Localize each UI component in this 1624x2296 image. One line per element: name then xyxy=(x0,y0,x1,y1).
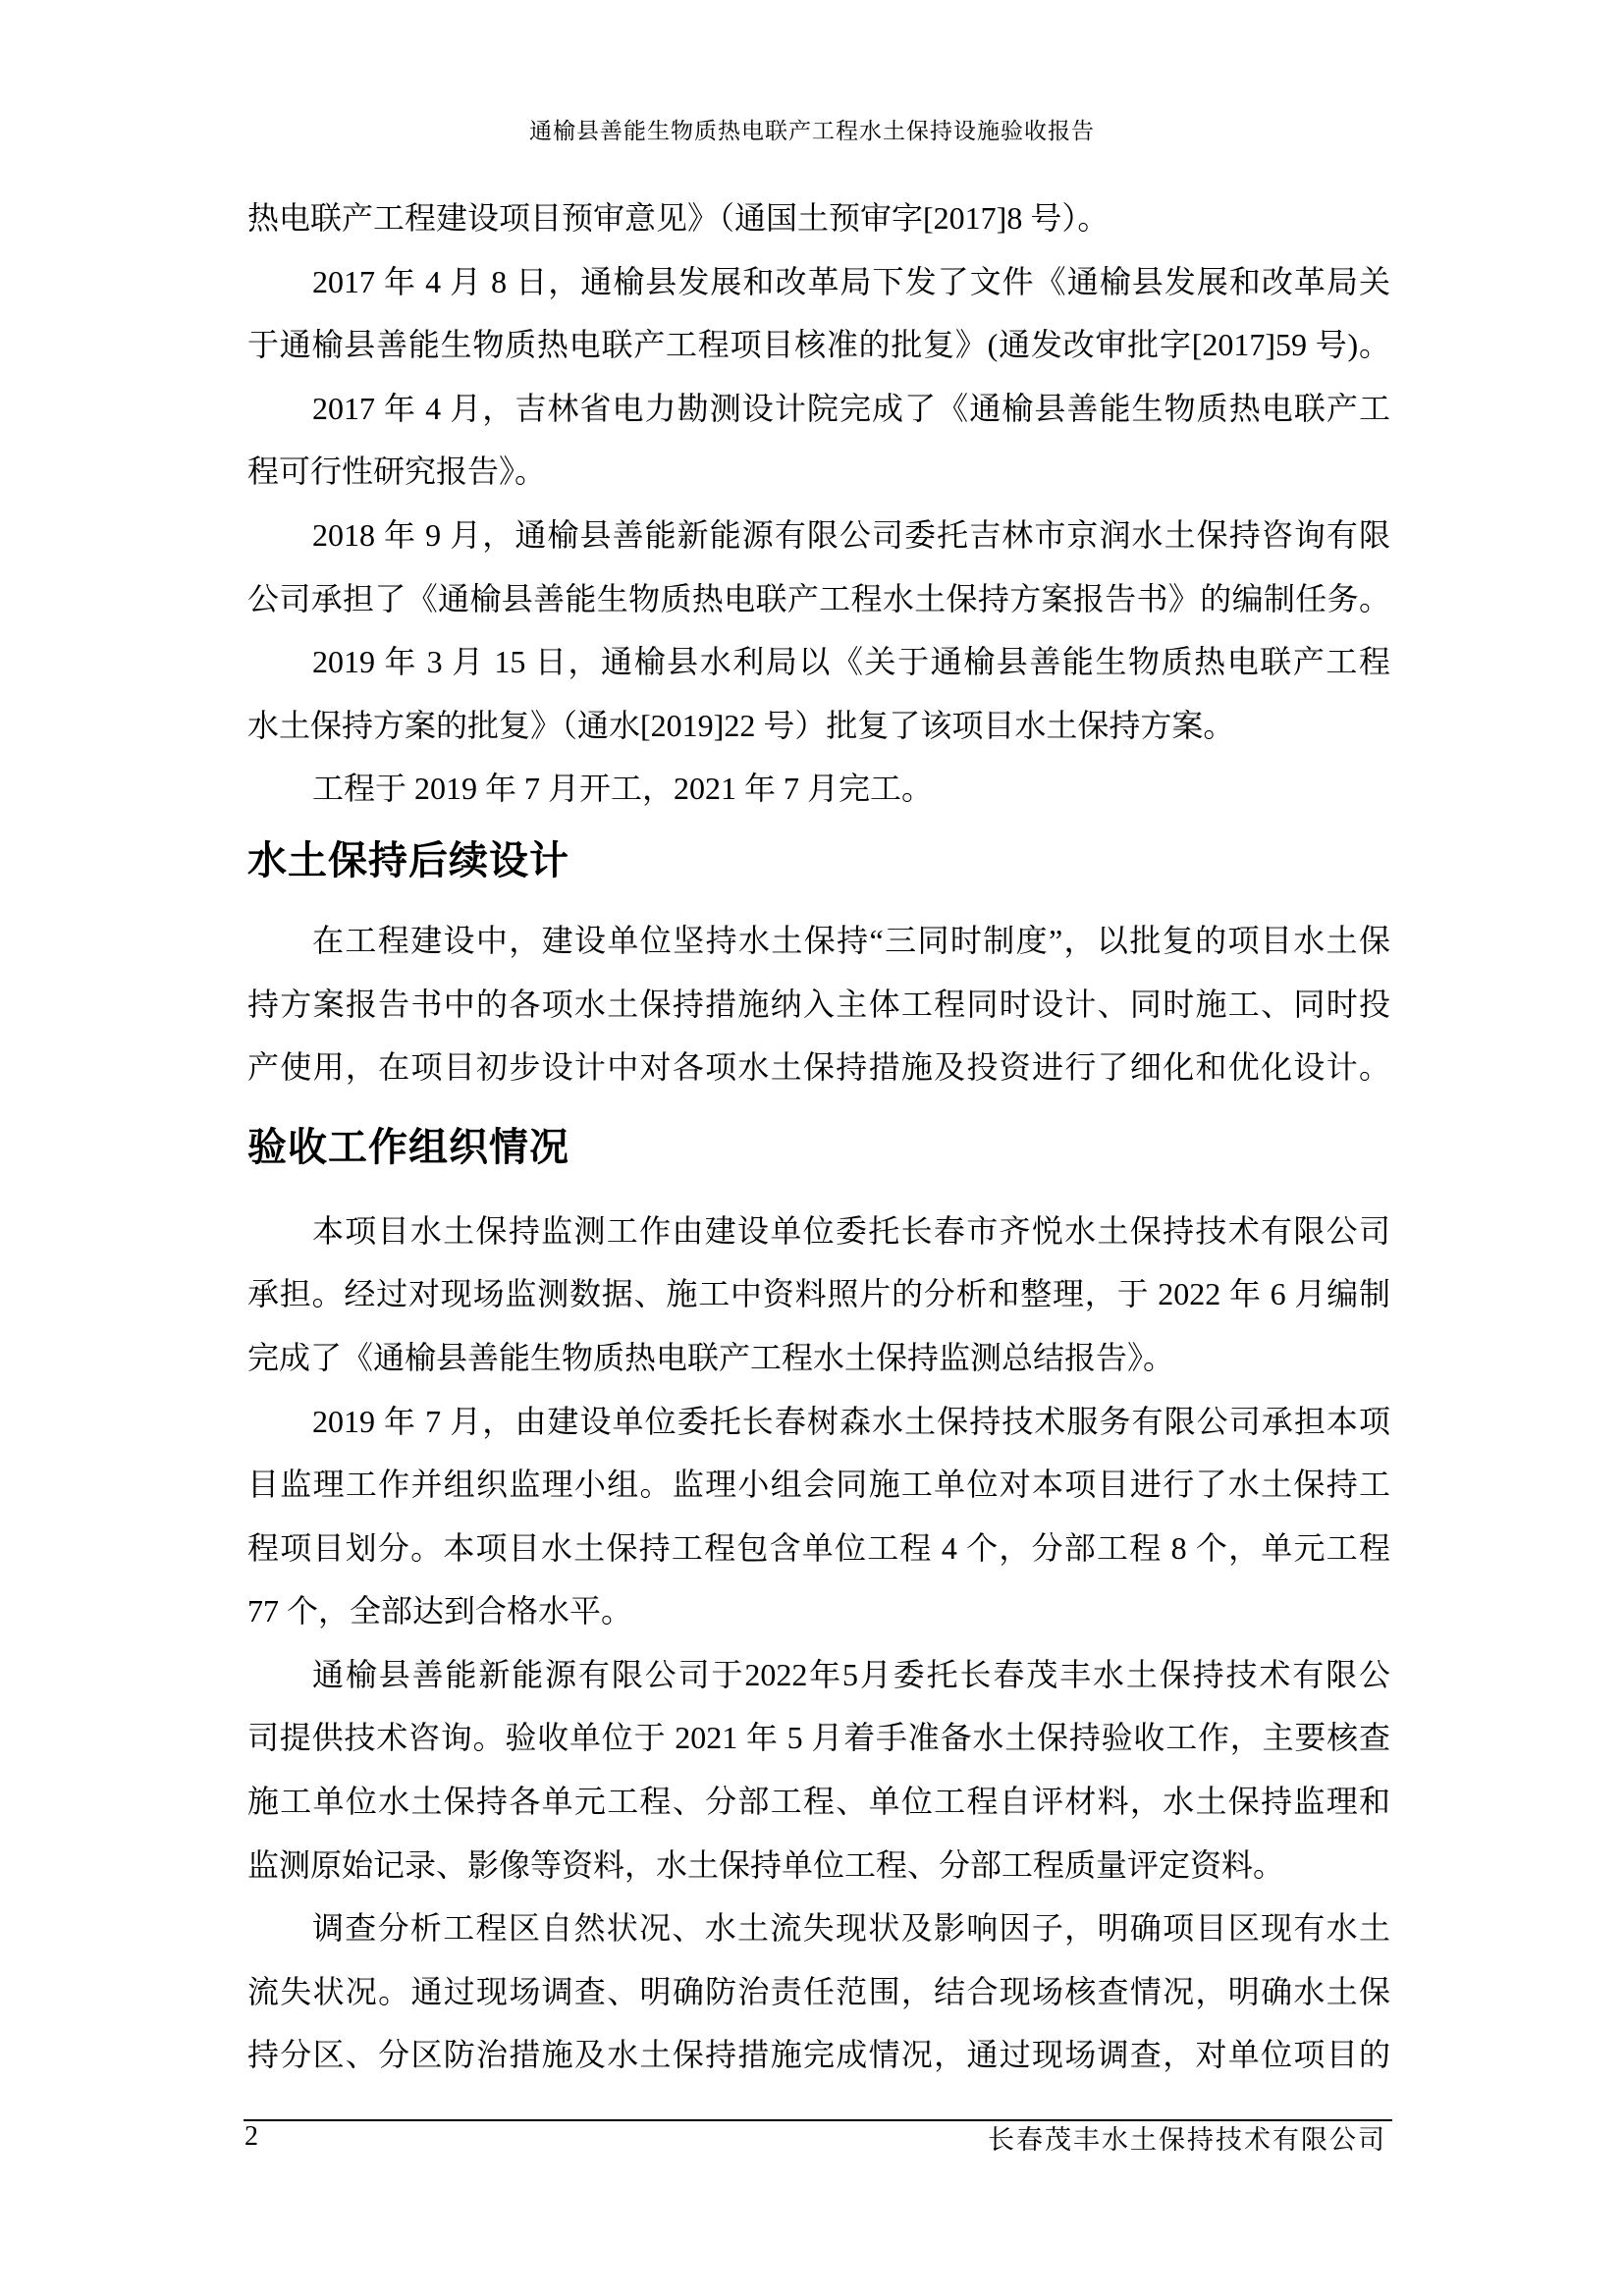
text-line: 2019 年 7 月，由建设单位委托长春树森水土保持技术服务有限公司承担本项 xyxy=(247,1390,1390,1454)
text-line: 调查分析工程区自然状况、水土流失现状及影响因子，明确项目区现有水土 xyxy=(247,1896,1390,1960)
text-line: 施工单位水土保持各单元工程、分部工程、单位工程自评材料，水土保持监理和 xyxy=(247,1770,1390,1834)
paragraph-group-approvals: 热电联产工程建设项目预审意见》（通国土预审字[2017]8 号）。 2017 年… xyxy=(247,187,1390,821)
page-number: 2 xyxy=(244,2123,258,2151)
text-line: 持分区、分区防治措施及水土保持措施完成情况，通过现场调查，对单位项目的 xyxy=(247,2023,1390,2087)
footer-divider xyxy=(244,2119,1392,2121)
text-line: 于通榆县善能生物质热电联产工程项目核准的批复》(通发改审批字[2017]59 号… xyxy=(247,313,1390,377)
text-line: 2019 年 3 月 15 日，通榆县水利局以《关于通榆县善能生物质热电联产工程 xyxy=(247,630,1390,694)
text-line: 完成了《通榆县善能生物质热电联产工程水土保持监测总结报告》。 xyxy=(247,1326,1390,1390)
text-line: 在工程建设中，建设单位坚持水土保持“三同时制度”，以批复的项目水土保 xyxy=(247,909,1390,973)
text-line: 77 个，全部达到合格水平。 xyxy=(247,1579,1390,1643)
footer-company-name: 长春茂丰水土保持技术有限公司 xyxy=(988,2125,1386,2155)
paragraph-group-acceptance: 本项目水土保持监测工作由建设单位委托长春市齐悦水土保持技术有限公司 承担。经过对… xyxy=(247,1200,1390,2087)
text-line: 程项目划分。本项目水土保持工程包含单位工程 4 个，分部工程 8 个，单元工程 xyxy=(247,1517,1390,1580)
text-line: 产使用，在项目初步设计中对各项水土保持措施及投资进行了细化和优化设计。 xyxy=(247,1036,1390,1099)
text-line: 目监理工作并组织监理小组。监理小组会同施工单位对本项目进行了水土保持工 xyxy=(247,1453,1390,1517)
text-line: 本项目水土保持监测工作由建设单位委托长春市齐悦水土保持技术有限公司 xyxy=(247,1200,1390,1263)
text-line: 流失状况。通过现场调查、明确防治责任范围，结合现场核查情况，明确水土保 xyxy=(247,1960,1390,2024)
paragraph-follow-up-design: 在工程建设中，建设单位坚持水土保持“三同时制度”，以批复的项目水土保 持方案报告… xyxy=(247,909,1390,1099)
text-line: 程可行性研究报告》。 xyxy=(247,440,1390,504)
text-line: 2017 年 4 月，吉林省电力勘测设计院完成了《通榆县善能生物质热电联产工 xyxy=(247,377,1390,441)
text-line: 水土保持方案的批复》（通水[2019]22 号）批复了该项目水土保持方案。 xyxy=(247,694,1390,758)
text-line: 持方案报告书中的各项水土保持措施纳入主体工程同时设计、同时施工、同时投 xyxy=(247,973,1390,1037)
text-line: 监测原始记录、影像等资料，水土保持单位工程、分部工程质量评定资料。 xyxy=(247,1834,1390,1897)
page-content: 热电联产工程建设项目预审意见》（通国土预审字[2017]8 号）。 2017 年… xyxy=(247,187,1390,2087)
text-line: 承担。经过对现场监测数据、施工中资料照片的分析和整理，于 2022 年 6 月编… xyxy=(247,1262,1390,1326)
text-line: 2018 年 9 月，通榆县善能新能源有限公司委托吉林市京润水土保持咨询有限 xyxy=(247,504,1390,567)
text-line: 司提供技术咨询。验收单位于 2021 年 5 月着手准备水土保持验收工作，主要核… xyxy=(247,1706,1390,1770)
section-heading-follow-up-design: 水土保持后续设计 xyxy=(247,836,1390,885)
text-line: 2017 年 4 月 8 日，通榆县发展和改革局下发了文件《通榆县发展和改革局关 xyxy=(247,250,1390,314)
text-line: 通榆县善能新能源有限公司于2022年5月委托长春茂丰水土保持技术有限公 xyxy=(247,1643,1390,1707)
text-line: 工程于 2019 年 7 月开工，2021 年 7 月完工。 xyxy=(247,757,1390,821)
running-header: 通榆县善能生物质热电联产工程水土保持设施验收报告 xyxy=(0,116,1624,147)
document-page: 通榆县善能生物质热电联产工程水土保持设施验收报告 热电联产工程建设项目预审意见》… xyxy=(0,0,1624,2296)
text-line: 公司承担了《通榆县善能生物质热电联产工程水土保持方案报告书》的编制任务。 xyxy=(247,567,1390,631)
text-line: 热电联产工程建设项目预审意见》（通国土预审字[2017]8 号）。 xyxy=(247,187,1390,250)
section-heading-acceptance-organization: 验收工作组织情况 xyxy=(247,1123,1390,1172)
